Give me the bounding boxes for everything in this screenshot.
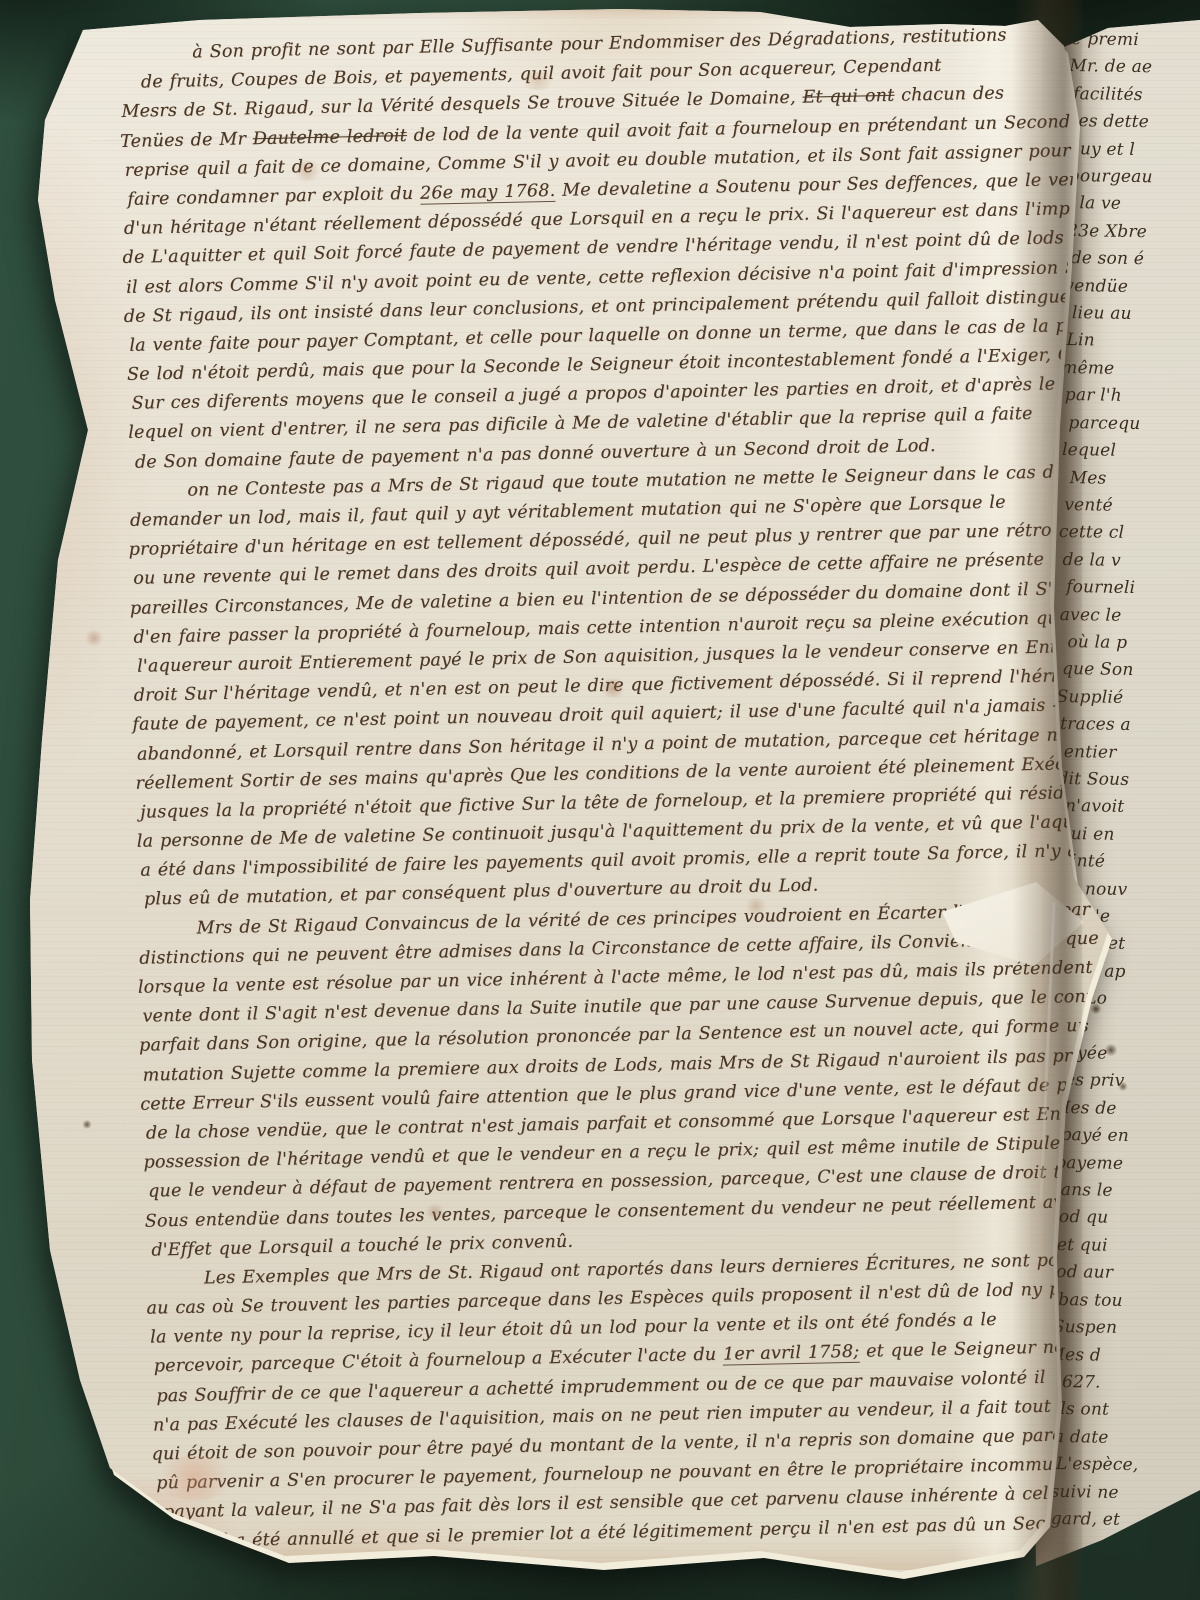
photo-canvas: le premiMr. de aefacilitésSes detteluy e… (0, 0, 1200, 1600)
foxing-spot (84, 630, 104, 646)
gutter-shadow (1040, 0, 1086, 1600)
manuscript-text: à Son profit ne sont par Elle Suffisante… (118, 20, 1082, 1557)
ink-stain (82, 1120, 92, 1129)
